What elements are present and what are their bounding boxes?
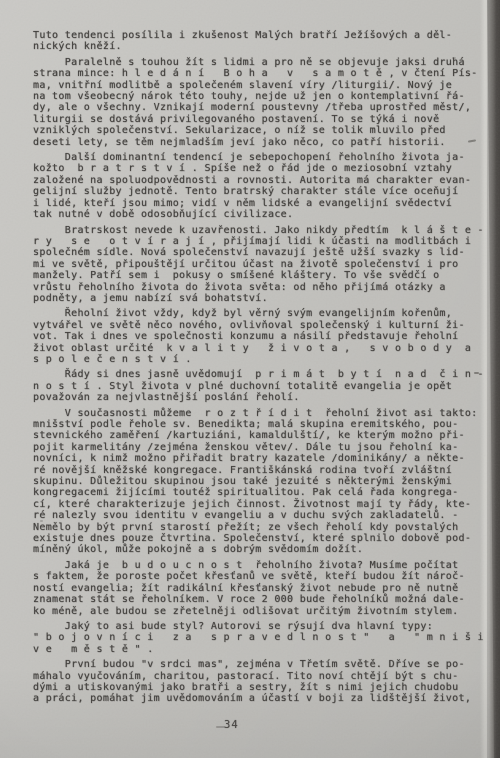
paragraph-6: Řády si dnes jasně uvědomují p r i m á t… — [33, 369, 484, 403]
page-number: 34 — [224, 719, 239, 731]
paragraph-5: Řeholní život vždy, když byl věrný svým … — [33, 308, 484, 365]
paragraph-8: Jaká je b u d o u c n o s t řeholního ži… — [33, 560, 484, 617]
scanned-document-page: Tuto tendenci posílila i zkušenost Malýc… — [0, 0, 500, 758]
paragraph-4: Bratrskost nevede k uzavřenosti. Jako ni… — [33, 225, 484, 305]
paragraph-2: Paralelně s touhou žít s lidmi a pro ně … — [33, 57, 484, 148]
paragraph-1: Tuto tendenci posílila i zkušenost Malýc… — [33, 30, 484, 53]
paragraph-9: Jaký to asi bude styl? Autorovi se rýsuj… — [33, 621, 484, 655]
paragraph-10: První budou "v srdci mas", zejména v Tře… — [33, 659, 484, 705]
scan-edge-shadow — [485, 0, 500, 758]
page-text-block: Tuto tendenci posílila i zkušenost Malýc… — [33, 30, 484, 705]
paragraph-7: V současnosti můžeme r o z t ř í d i t ř… — [33, 408, 484, 556]
paragraph-3: Další dominantní tendencí je sebepochope… — [33, 152, 484, 220]
